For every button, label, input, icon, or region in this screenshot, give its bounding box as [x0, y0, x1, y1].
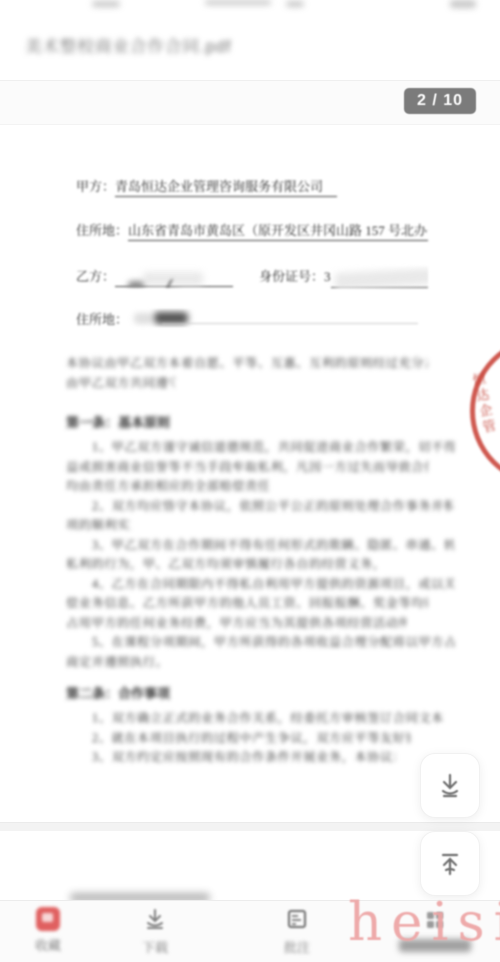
more-menu-icon[interactable]: [450, 0, 476, 8]
id-number-label: 身份证号：3: [259, 269, 331, 284]
arrow-down-to-line-icon: [435, 771, 465, 801]
body-line: 由甲乙双方共同遵守。: [66, 374, 175, 394]
toolbar-item-more[interactable]: [400, 907, 470, 952]
toolbar-label: 收藏: [35, 935, 61, 954]
page-indicator-badge: 2 / 10: [404, 88, 476, 114]
address-a-value: 山东省青岛市黄岛区（原开发区井冈山路 157 号北办公 1703） 。: [128, 220, 428, 241]
address-b-line: [162, 323, 418, 324]
body-line: 本协议由甲乙双方本着自愿、平等、互惠、互利的原则经过充分友好协商后签订，: [66, 354, 428, 374]
annotate-icon: [284, 907, 310, 933]
body-line: 益或损害商业信誉等不当手段牟取私利，凡因一方过失而导致合作出现纠纷或损失的，: [66, 458, 428, 478]
pdf-page[interactable]: 甲方：青岛恒达企业管理咨询服务有限公司 住所地：山东省青岛市黄岛区（原开发区井冈…: [0, 124, 500, 822]
body-line: 1、双方确立正式的业务合作关系，经委托方审核签订合同文本，须由双方共同盖章确认生…: [66, 709, 443, 729]
blurred-toolbar-label: [399, 939, 471, 952]
scroll-to-top-button[interactable]: [420, 831, 480, 896]
document-title: 美术整校商业合作合同.pdf: [25, 33, 232, 57]
address-b-row: 住所地：: [66, 309, 428, 327]
body-line: 2、就在本项目执行的过程中产生争议，双方应平等友好协商，并将可能的损害降至最低。: [66, 729, 411, 749]
app-header: 美术整校商业合作合同.pdf: [0, 0, 500, 81]
statusbar-smudge: [205, 0, 271, 5]
body-line: 3、甲乙双方在合作期间不得有任何形式的欺瞒、隐匿、串通、转移、侵占等以谋取: [66, 536, 454, 556]
body-line: 2、双方均应恪守本协议，依照公平公正的原则处理合作事务并积极促成各项约定事: [66, 497, 454, 517]
body-line: 偿业务信息、乙方所获甲方的他人员工资、回报报酬、奖金等均归公司本所得，不得: [66, 594, 428, 614]
body-line: 项的顺利实施。: [66, 516, 131, 536]
body-line: 占用甲方的任何业务经费，甲方应当为其提供各项经营活动所需的保障配套。: [66, 614, 406, 634]
body-line: 均由责任方承担相应的全部赔偿责任。: [66, 477, 269, 497]
download-icon: [142, 907, 168, 933]
party-b-row: 乙方：身份证号：3: [66, 266, 428, 288]
grid-icon: [422, 907, 448, 933]
body-line: 3、双方约定应按照现有的合作条件开展业务，本协议未尽事项由双方另行协商补充。: [66, 748, 396, 768]
address-b-redaction: [134, 313, 152, 324]
section-2-heading: 第二条：合作事项: [66, 683, 428, 702]
body-line: 5、在课程分项期间，甲方所获得的各项收益合理分配将以甲方占比为乙、丙方基准，双方…: [66, 633, 454, 653]
body-line: 私利的行为，甲、乙双方均须审慎履行各自的经营义务，依法合规开展生产经营活动。: [66, 555, 377, 575]
favorite-icon: [36, 907, 60, 931]
bottom-toolbar: 收藏 下载 批注: [0, 900, 500, 962]
viewer-subbar: 2 / 10: [0, 81, 500, 125]
address-b-label: 住所地：: [76, 312, 128, 327]
section-1-heading: 第一条：基本原则: [66, 412, 428, 431]
pdf-viewer-app: { "header": { "title": "美术整校商业合作合同.pdf" …: [0, 0, 500, 962]
address-a-row: 住所地：山东省青岛市黄岛区（原开发区井冈山路 157 号北办公 1703） 。: [66, 220, 428, 241]
scroll-to-bottom-button[interactable]: [420, 753, 480, 818]
address-a-label: 住所地：: [76, 223, 128, 238]
id-number-blank: [331, 269, 428, 288]
body-line: 商定并遵照执行。: [66, 653, 160, 673]
toolbar-label: 下载: [142, 937, 168, 956]
body-line: 4、乙方在合同期限内不得私自利用甲方提供的资源项目，或以关联聘人员在其他途径中擅…: [66, 575, 454, 595]
party-a-row: 甲方：青岛恒达企业管理咨询服务有限公司: [66, 176, 428, 197]
statusbar-smudge: [286, 1, 304, 7]
party-b-label: 乙方：: [76, 269, 115, 284]
signature-mark: [128, 281, 144, 288]
party-a-value: 青岛恒达企业管理咨询服务有限公司: [115, 176, 337, 197]
party-a-label: 甲方：: [76, 179, 115, 194]
toolbar-item-annotate[interactable]: 批注: [262, 907, 332, 956]
id-number-redaction: [334, 267, 428, 288]
toolbar-label: 批注: [284, 937, 310, 956]
body-line: 1、甲乙双方谨守诚信道德规范，共同促进商业合作繁荣，切不得以损害对方合法权: [66, 438, 454, 458]
toolbar-item-favorite[interactable]: 收藏: [13, 907, 83, 954]
statusbar-smudge: [92, 1, 120, 7]
toolbar-item-download[interactable]: 下载: [120, 907, 190, 956]
arrow-up-to-line-icon: [435, 849, 465, 879]
